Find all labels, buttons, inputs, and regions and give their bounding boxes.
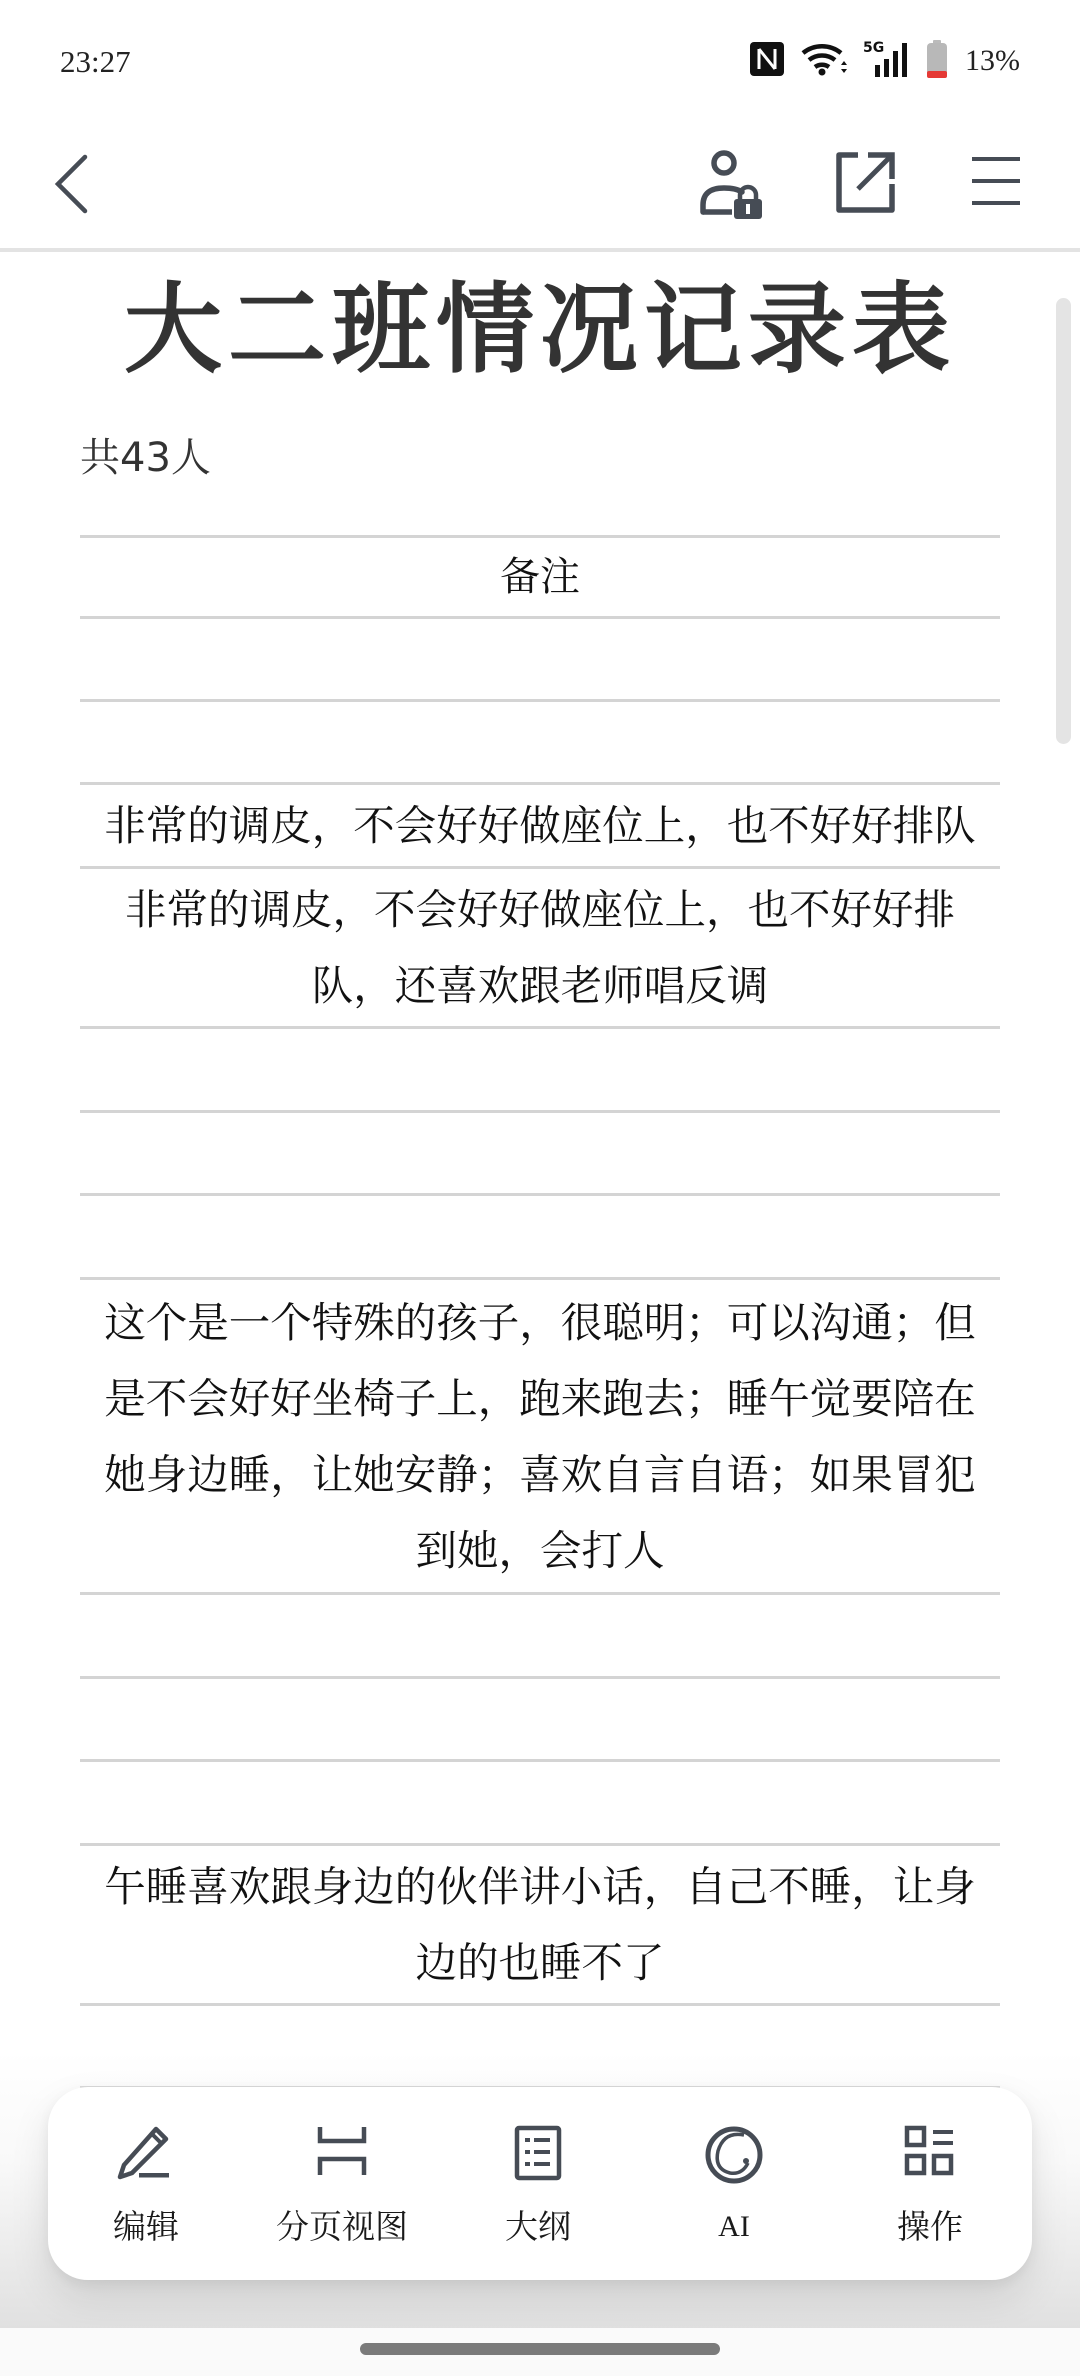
- cell-text-line: 队，还喜欢跟老师唱反调: [80, 948, 1000, 1024]
- ai-label: AI: [636, 2205, 832, 2249]
- page-view-button[interactable]: 分页视图: [244, 2087, 440, 2280]
- student-count: 共43人: [80, 430, 211, 486]
- status-icons: 5G 13%: [749, 40, 1020, 82]
- table-cell-row-5[interactable]: [80, 1029, 1000, 1110]
- edit-label: 编辑: [48, 2205, 244, 2249]
- operations-button[interactable]: 操作: [832, 2087, 1028, 2280]
- table-cell-row-7[interactable]: [80, 1196, 1000, 1277]
- operations-label: 操作: [832, 2205, 1028, 2249]
- person-lock-icon: [694, 150, 774, 220]
- permission-button[interactable]: [694, 150, 774, 224]
- table-cell-row-6[interactable]: [80, 1113, 1000, 1193]
- outline-list-icon: [514, 2125, 562, 2185]
- battery-percent: 13%: [965, 44, 1020, 78]
- hamburger-menu-icon: [968, 152, 1024, 212]
- page-view-label: 分页视图: [244, 2205, 440, 2249]
- menu-button[interactable]: [968, 152, 1024, 216]
- cell-text-line: 边的也睡不了: [80, 1925, 1000, 2001]
- pencil-edit-icon: [116, 2125, 176, 2185]
- table-cell-row-8[interactable]: 这个是一个特殊的孩子，很聪明；可以沟通；但 是不会好好坐椅子上，跑来跑去；睡午觉…: [80, 1280, 1000, 1592]
- cell-text-line: 她身边睡，让她安静；喜欢自言自语；如果冒犯: [80, 1437, 1000, 1513]
- cell-text-line: 这个是一个特殊的孩子，很聪明；可以沟通；但: [80, 1285, 1000, 1361]
- edit-button[interactable]: 编辑: [48, 2087, 244, 2280]
- cell-text-line: 是不会好好坐椅子上，跑来跑去；睡午觉要陪在: [80, 1361, 1000, 1437]
- 5g-signal-icon: 5G: [863, 39, 911, 83]
- status-bar: 23:27 5G 13%: [0, 0, 1080, 120]
- share-external-icon: [832, 150, 898, 216]
- ai-orb-icon: [704, 2125, 764, 2189]
- battery-icon: [925, 39, 949, 83]
- table-cell-row-9[interactable]: [80, 1595, 1000, 1676]
- table-cell-row-11[interactable]: [80, 1762, 1000, 1843]
- back-button[interactable]: [40, 144, 100, 228]
- table-cell-row-1[interactable]: [80, 619, 1000, 699]
- table-cell-row-10[interactable]: [80, 1679, 1000, 1759]
- cell-text-line: 到她，会打人: [80, 1513, 1000, 1589]
- svg-text:5G: 5G: [863, 40, 884, 56]
- table-header-remarks[interactable]: 备注: [80, 538, 1000, 616]
- status-time: 23:27: [60, 44, 131, 80]
- table-cell-row-2[interactable]: [80, 702, 1000, 782]
- app-bar: [0, 120, 1080, 252]
- wifi-icon: [799, 41, 849, 81]
- operations-grid-icon: [904, 2125, 956, 2181]
- bottom-toolbar: 编辑 分页视图 大纲 AI 操作: [48, 2087, 1032, 2280]
- document-title: 大二班情况记录表: [0, 270, 1080, 390]
- table-cell-row-12[interactable]: 午睡喜欢跟身边的伙伴讲小话，自己不睡，让身 边的也睡不了: [80, 1846, 1000, 2003]
- ai-button[interactable]: AI: [636, 2087, 832, 2280]
- cell-text-line: 非常的调皮，不会好好做座位上，也不好好排: [80, 872, 1000, 948]
- chevron-left-icon: [40, 144, 100, 224]
- home-gesture-bar[interactable]: [360, 2343, 720, 2355]
- nfc-icon: [749, 41, 785, 81]
- table-cell-row-3[interactable]: 非常的调皮，不会好好做座位上，也不好好排队: [80, 785, 1000, 866]
- cell-text-line: 午睡喜欢跟身边的伙伴讲小话，自己不睡，让身: [80, 1849, 1000, 1925]
- cell-text-line: 非常的调皮，不会好好做座位上，也不好好排队: [80, 788, 1000, 864]
- outline-button[interactable]: 大纲: [440, 2087, 636, 2280]
- table-cell-row-4[interactable]: 非常的调皮，不会好好做座位上，也不好好排 队，还喜欢跟老师唱反调: [80, 869, 1000, 1026]
- page-view-icon: [316, 2125, 368, 2181]
- share-button[interactable]: [832, 150, 898, 220]
- outline-label: 大纲: [440, 2205, 636, 2249]
- vertical-scrollbar[interactable]: [1056, 298, 1071, 744]
